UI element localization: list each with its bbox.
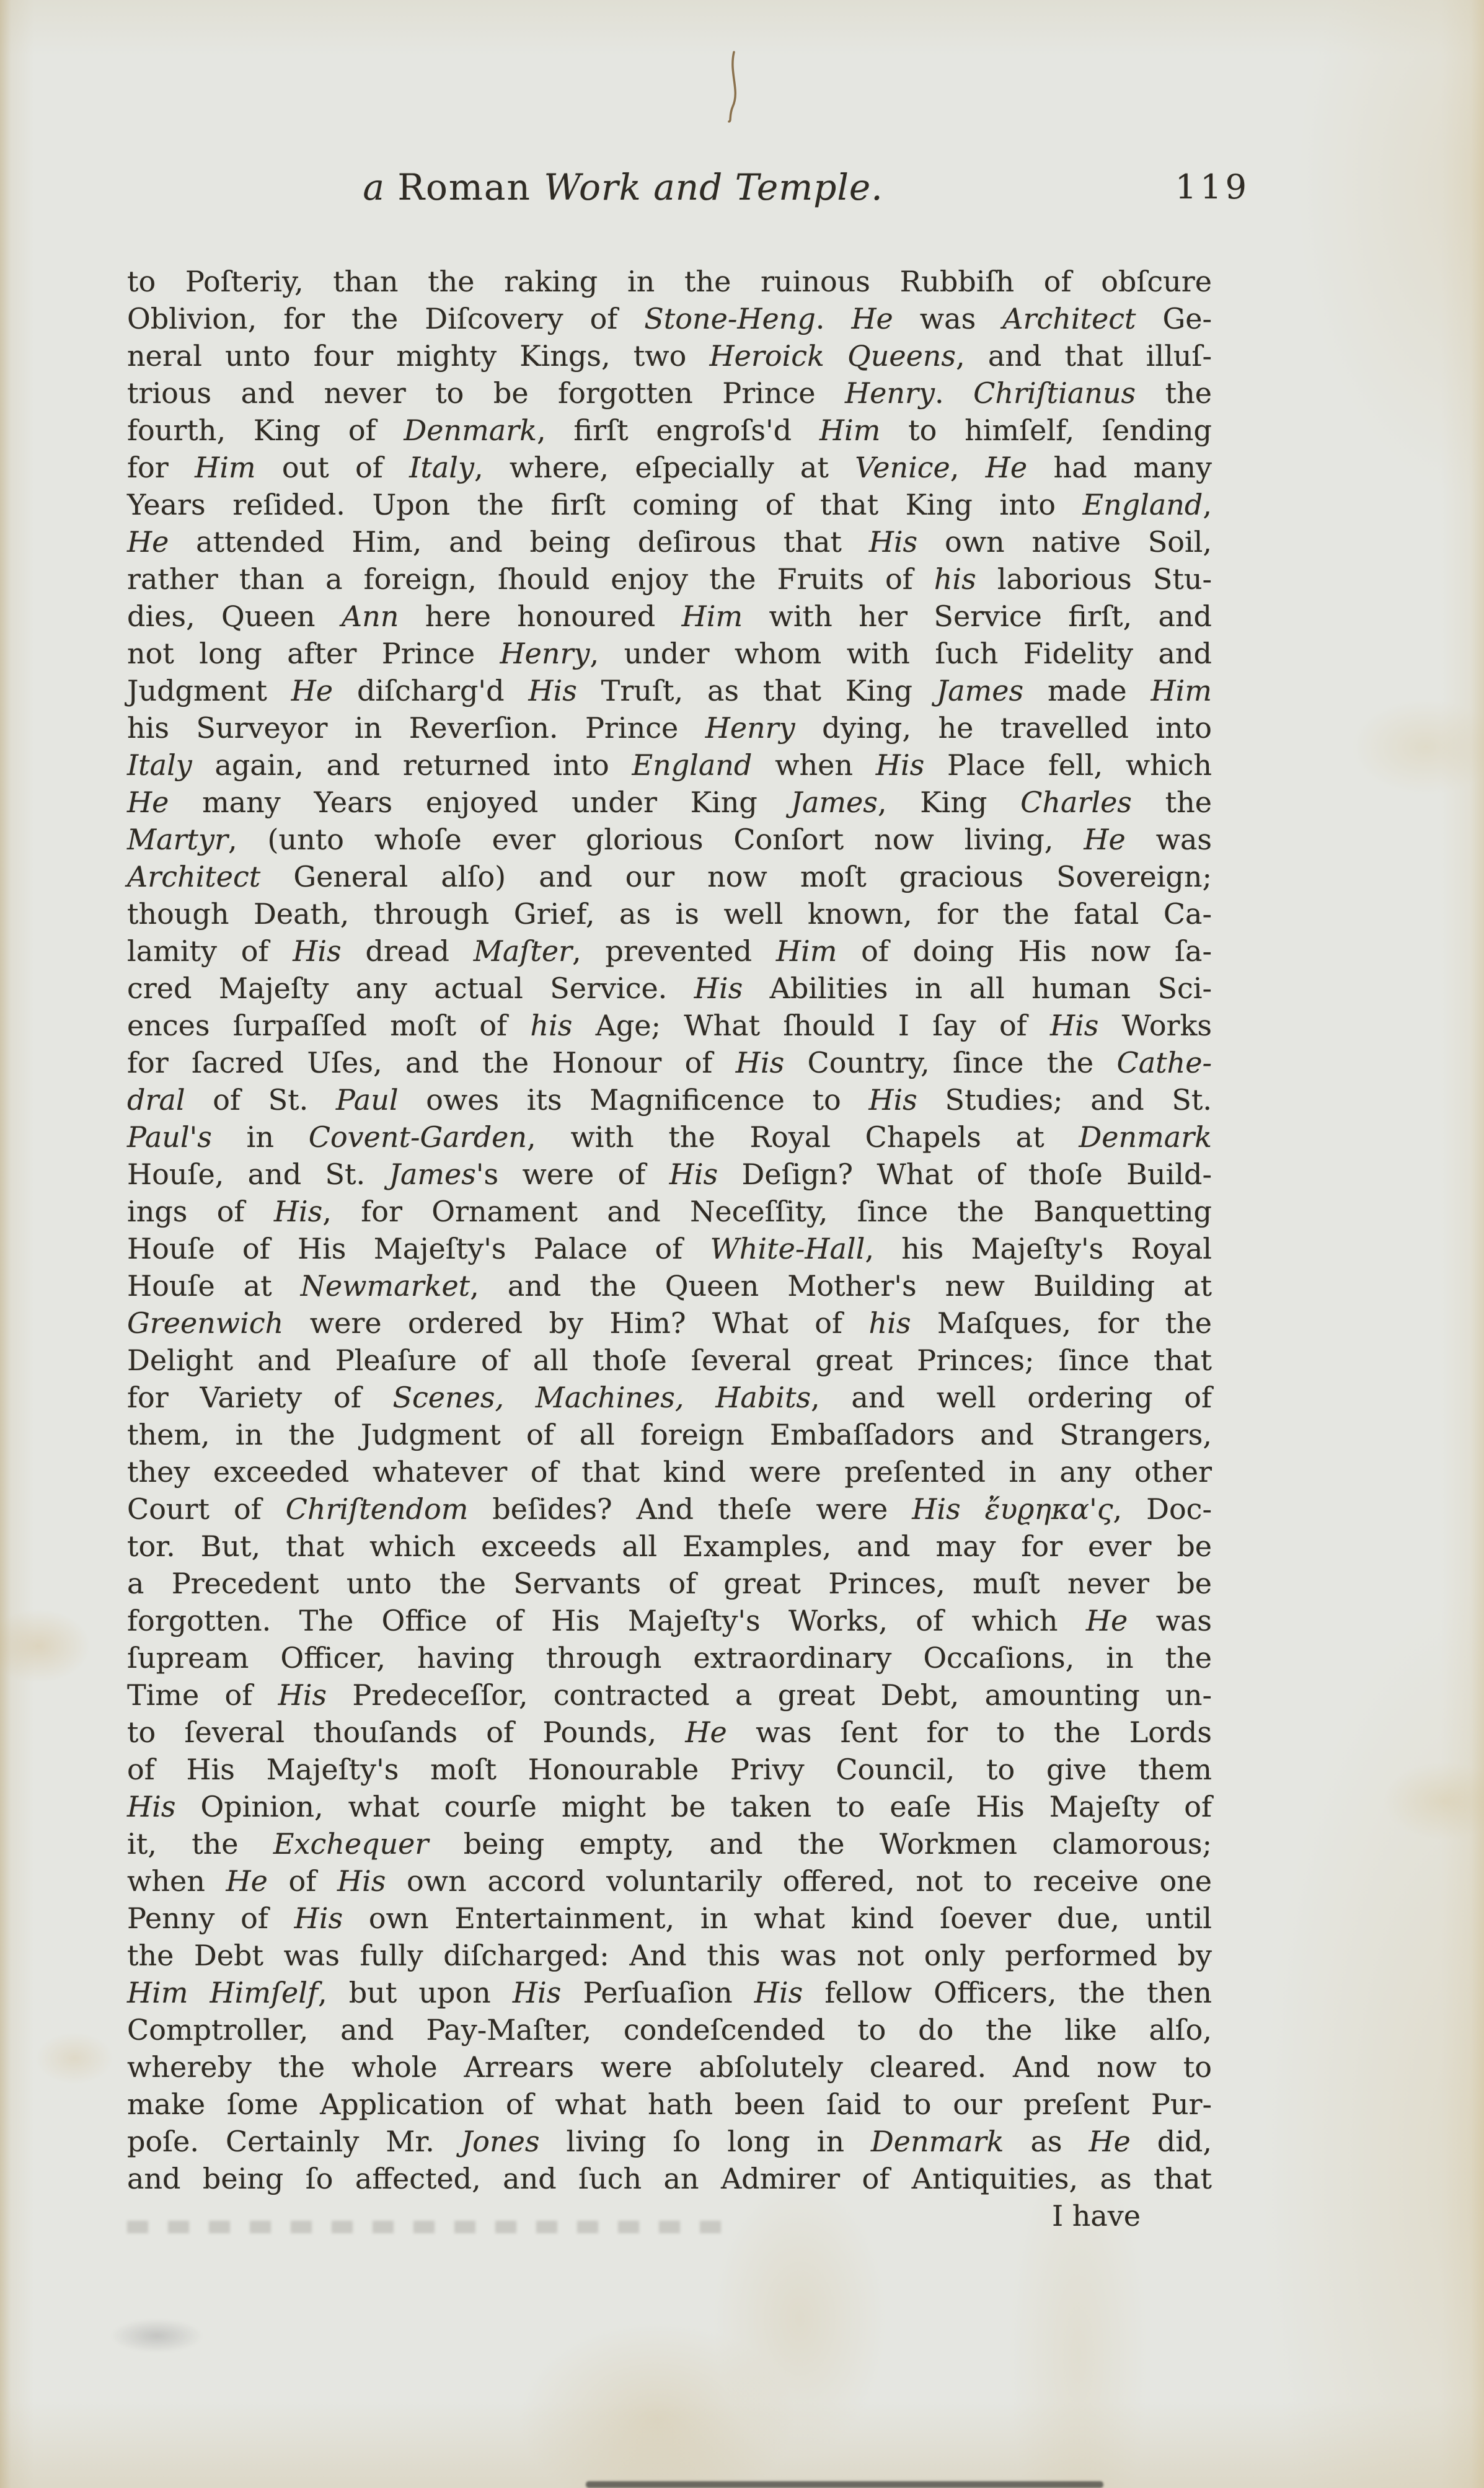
text-line-38: ſupream Officer, having through extraord…: [127, 1639, 1212, 1676]
text-line-48: Comptroller, and Pay-Maſter, condeſcende…: [127, 2011, 1212, 2048]
text-line-28: Houſe at Newmarket, and the Queen Mother…: [127, 1267, 1212, 1304]
book-page: a Roman Work and Temple. 119 to Poſteriy…: [0, 0, 1484, 2488]
text-line-36: a Precedent unto the Servants of great P…: [127, 1565, 1212, 1602]
text-line-10: dies, Queen Ann here honoured Him with h…: [127, 598, 1212, 635]
scan-edge-shadow: [586, 2481, 1103, 2488]
text-line-6: for Him out of Italy, where, eſpecially …: [127, 449, 1212, 486]
text-line-51: poſe. Certainly Mr. Jones living ſo long…: [127, 2123, 1212, 2160]
text-line-49: whereby the whole Arrears were abſolutel…: [127, 2048, 1212, 2086]
text-line-50: make ſome Application of what hath been …: [127, 2086, 1212, 2123]
text-line-30: Delight and Pleaſure of all thoſe ſevera…: [127, 1342, 1212, 1379]
page-number: 119: [1175, 156, 1250, 218]
text-line-27: Houſe of His Majeſty's Palace of White-H…: [127, 1230, 1212, 1267]
text-line-8: He attended Him, and being deſirous that…: [127, 523, 1212, 560]
text-line-21: ences ſurpaſſed moſt of his Age; What ſh…: [127, 1007, 1212, 1044]
text-line-42: His Opinion, what courſe might be taken …: [127, 1788, 1212, 1825]
text-line-11: not long after Prince Henry, under whom …: [127, 635, 1212, 672]
text-block: to Poſteriy, than the raking in the ruin…: [127, 263, 1212, 2234]
text-line-20: cred Majeſty any actual Service. His Abi…: [127, 970, 1212, 1007]
body-text: to Poſteriy, than the raking in the ruin…: [127, 263, 1212, 2197]
text-line-26: ings of His, for Ornament and Neceſſity,…: [127, 1193, 1212, 1230]
text-line-18: though Death, through Grief, as is well …: [127, 895, 1212, 932]
text-line-17: Architect General alſo) and our now moſt…: [127, 858, 1212, 895]
text-line-23: dral of St. Paul owes its Magnificence t…: [127, 1081, 1212, 1118]
text-line-32: them, in the Judgment of all foreign Emb…: [127, 1416, 1212, 1453]
text-line-7: Years reſided. Upon the firſt coming of …: [127, 486, 1212, 523]
text-line-24: Paul's in Covent-Garden, with the Royal …: [127, 1118, 1212, 1156]
text-line-14: Italy again, and returned into England w…: [127, 746, 1212, 784]
text-line-35: tor. But, that which exceeds all Example…: [127, 1528, 1212, 1565]
running-head: a Roman Work and Temple. 119: [127, 156, 1212, 218]
text-line-1: to Poſteriy, than the raking in the ruin…: [127, 263, 1212, 300]
text-line-31: for Variety of Scenes, Machines, Habits,…: [127, 1379, 1212, 1416]
text-line-12: Judgment He diſcharg'd His Truſt, as tha…: [127, 672, 1212, 709]
show-through-smudge: [127, 2221, 722, 2233]
text-line-41: of His Majeſty's moſt Honourable Privy C…: [127, 1751, 1212, 1788]
text-line-39: Time of His Predeceſſor, contracted a gr…: [127, 1676, 1212, 1714]
running-head-title: a Roman Work and Temple.: [81, 156, 1165, 218]
text-line-5: fourth, King of Denmark, firſt engroſs'd…: [127, 412, 1212, 449]
show-through-smudge-left: [110, 2319, 203, 2353]
text-line-25: Houſe, and St. James's were of His Deſig…: [127, 1156, 1212, 1193]
text-line-52: and being ſo affected, and ſuch an Admir…: [127, 2160, 1212, 2197]
text-line-4: trious and never to be forgotten Prince …: [127, 374, 1212, 412]
text-line-9: rather than a foreign, ſhould enjoy the …: [127, 560, 1212, 598]
text-line-46: the Debt was fully diſcharged: And this …: [127, 1937, 1212, 1974]
text-line-40: to ſeveral thouſands of Pounds, He was ſ…: [127, 1714, 1212, 1751]
text-line-2: Oblivion, for the Diſcovery of Stone-Hen…: [127, 300, 1212, 337]
text-line-45: Penny of His own Entertainment, in what …: [127, 1900, 1212, 1937]
text-line-33: they exceeded whatever of that kind were…: [127, 1453, 1212, 1490]
text-line-13: his Surveyor in Reverſion. Prince Henry …: [127, 709, 1212, 746]
text-line-34: Court of Chriſtendom beſides? And theſe …: [127, 1490, 1212, 1528]
text-line-15: He many Years enjoyed under King James, …: [127, 784, 1212, 821]
catchword: I have: [1052, 2199, 1141, 2233]
text-line-22: for ſacred Uſes, and the Honour of His C…: [127, 1044, 1212, 1081]
text-line-29: Greenwich were ordered by Him? What of h…: [127, 1304, 1212, 1342]
text-line-43: it, the Exchequer being empty, and the W…: [127, 1825, 1212, 1862]
text-line-16: Martyr, (unto whoſe ever glorious Conſor…: [127, 821, 1212, 858]
text-line-37: forgotten. The Office of His Majeſty's W…: [127, 1602, 1212, 1639]
text-line-3: neral unto four mighty Kings, two Heroic…: [127, 337, 1212, 374]
text-line-44: when He of His own accord voluntarily of…: [127, 1862, 1212, 1900]
text-line-47: Him Himſelf, but upon His Perſuaſion His…: [127, 1974, 1212, 2011]
text-line-19: lamity of His dread Maſter, prevented Hi…: [127, 932, 1212, 970]
